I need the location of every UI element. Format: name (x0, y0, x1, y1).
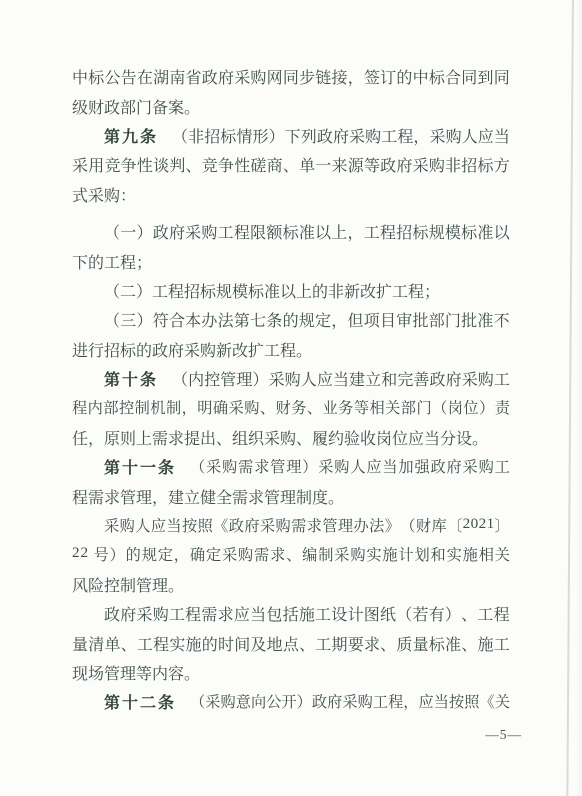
document-body: 中标公告在湖南省政府采购网同步链接，签订的中标合同到同 级财政部门备案。 第九条… (72, 62, 510, 717)
body-text: （非招标情形）下列政府采购工程，采购人应当 (172, 124, 510, 147)
body-text: 采购人应当按照《政府采购需求管理办法》（财库〔2021〕 (104, 515, 510, 536)
text-line: （二）工程招标规模标准以上的非新改扩工程； (72, 276, 510, 305)
text-line: 采用竞争性谈判、竞争性磋商、单一来源等政府采购非招标方 (72, 150, 510, 179)
article-number: 第十一条 (104, 455, 176, 478)
scan-edge-strip (577, 0, 582, 796)
text-line: 中标公告在湖南省政府采购网同步链接，签订的中标合同到同 (72, 62, 510, 91)
text-line: 现场管理等内容。 (72, 658, 510, 687)
scan-edge-line (566, 0, 573, 796)
text-line: 采购人应当按照《政府采购需求管理办法》（财库〔2021〕 (72, 511, 510, 540)
text-line: 下的工程； (72, 246, 510, 275)
text-line: （三）符合本办法第七条的规定，但项目审批部门批准不 (72, 305, 510, 334)
page-number: —5— (0, 727, 522, 743)
text-line: （一）政府采购工程限额标准以上，工程招标规模标准以 (72, 217, 510, 246)
text-line: 程需求管理，建立健全需求管理制度。 (72, 481, 510, 510)
text-line: 进行招标的政府采购新改扩工程。 (72, 335, 510, 364)
body-text: 下的工程； (72, 250, 152, 273)
body-text: 任，原则上需求提出、组织采购、履约验收岗位应当分设。 (72, 426, 488, 449)
body-text: 式采购： (72, 183, 136, 206)
body-text: 进行招标的政府采购新改扩工程。 (72, 338, 312, 361)
body-text: 程内部控制机制，明确采购、财务、业务等相关部门（岗位）责 (72, 397, 510, 418)
text-line: 政府采购工程需求应当包括施工设计图纸（若有）、工程 (72, 599, 510, 628)
body-text: （一）政府采购工程限额标准以上，工程招标规模标准以 (104, 220, 510, 243)
body-text: （三）符合本办法第七条的规定，但项目审批部门批准不 (104, 308, 510, 331)
body-text: （二）工程招标规模标准以上的非新改扩工程； (104, 279, 440, 302)
article-number: 第十条 (104, 367, 158, 390)
body-text: （采购意向公开）政府采购工程，应当按照《关 (190, 691, 510, 712)
body-text: 风险控制管理。 (72, 573, 184, 596)
body-text: 采用竞争性谈判、竞争性磋商、单一来源等政府采购非招标方 (72, 153, 510, 176)
body-text: 程需求管理，建立健全需求管理制度。 (72, 485, 344, 508)
body-text: 量清单、工程实施的时间及地点、工期要求、质量标准、施工 (72, 632, 510, 655)
text-line: 式采购： (72, 180, 510, 209)
text-line: 22 号）的规定，确定采购需求、编制采购实施计划和实施相关 (72, 540, 510, 569)
body-text: 现场管理等内容。 (72, 661, 200, 684)
text-line: 程内部控制机制，明确采购、财务、业务等相关部门（岗位）责 (72, 393, 510, 422)
text-line: 量清单、工程实施的时间及地点、工期要求、质量标准、施工 (72, 628, 510, 657)
body-text: 级财政部门备案。 (72, 95, 200, 118)
text-line: 第九条（非招标情形）下列政府采购工程，采购人应当 (72, 121, 510, 150)
body-text: （内控管理）采购人应当建立和完善政府采购工 (172, 367, 510, 390)
text-line: 第十条（内控管理）采购人应当建立和完善政府采购工 (72, 364, 510, 393)
body-text: 22 号）的规定，确定采购需求、编制采购实施计划和实施相关 (72, 544, 510, 565)
article-number: 第九条 (104, 124, 158, 147)
text-line: 第十一条（采购需求管理）采购人应当加强政府采购工 (72, 452, 510, 481)
article-number: 第十二条 (104, 690, 176, 713)
body-text: 政府采购工程需求应当包括施工设计图纸（若有）、工程 (104, 602, 510, 625)
document-page: 中标公告在湖南省政府采购网同步链接，签订的中标合同到同 级财政部门备案。 第九条… (0, 0, 582, 796)
text-line: 第十二条（采购意向公开）政府采购工程，应当按照《关 (72, 687, 510, 716)
text-line: 风险控制管理。 (72, 570, 510, 599)
body-text: 中标公告在湖南省政府采购网同步链接，签订的中标合同到同 (72, 65, 510, 88)
body-text: （采购需求管理）采购人应当加强政府采购工 (190, 456, 510, 477)
text-line: 任，原则上需求提出、组织采购、履约验收岗位应当分设。 (72, 423, 510, 452)
text-line: 级财政部门备案。 (72, 91, 510, 120)
